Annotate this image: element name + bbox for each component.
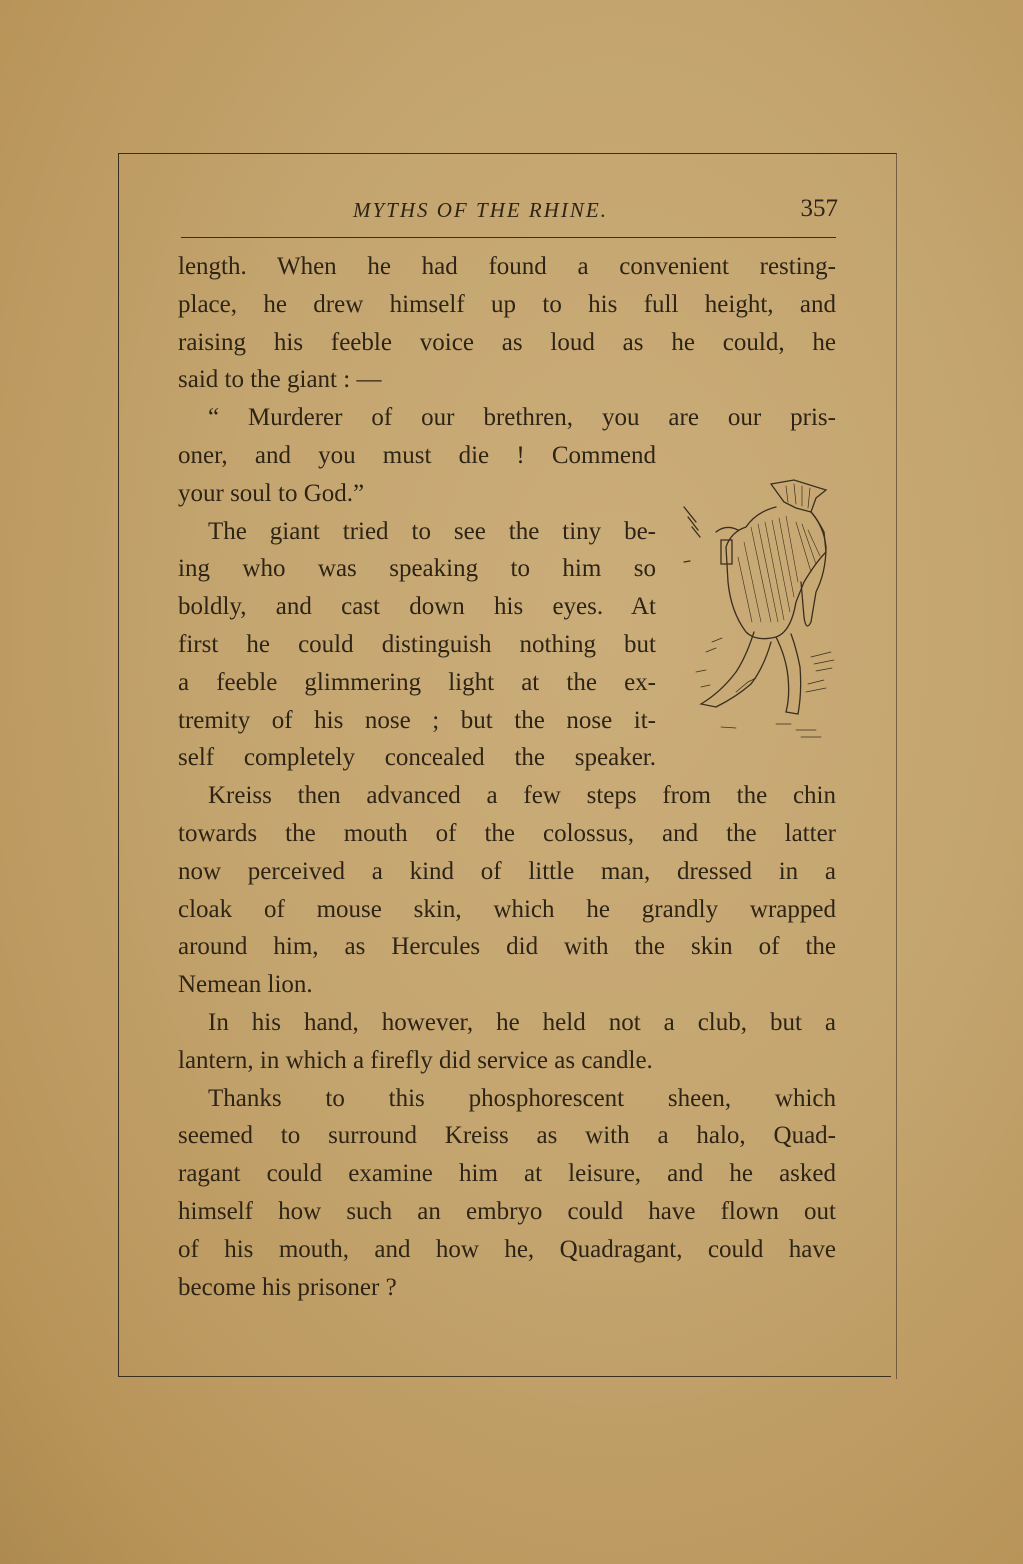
text-line: boldly, and cast down his eyes. At (178, 588, 656, 626)
text-line: lantern, in which a firefly did service … (178, 1042, 836, 1080)
text-line: oner, and you must die ! Commend (178, 437, 656, 475)
text-line: said to the giant : — (178, 361, 836, 399)
frame-left-border (118, 153, 119, 1377)
text-line: become his prisoner ? (178, 1269, 836, 1307)
text-line: length. When he had found a convenient r… (178, 248, 836, 286)
text-line: Kreiss then advanced a few steps from th… (178, 777, 836, 815)
text-line: first he could distinguish nothing but (178, 626, 656, 664)
text-line: himself how such an embryo could have fl… (178, 1193, 836, 1231)
running-title: MYTHS OF THE RHINE. (353, 198, 608, 223)
text-line: towards the mouth of the colossus, and t… (178, 815, 836, 853)
paragraph: Kreiss then advanced a few steps from th… (178, 777, 836, 1004)
text-line: place, he drew himself up to his full he… (178, 286, 836, 324)
paragraph: Thanks to this phosphorescent sheen, whi… (178, 1080, 836, 1307)
text-line: seemed to surround Kreiss as with a halo… (178, 1117, 836, 1155)
header-rule (181, 237, 836, 238)
frame-top-border (119, 153, 897, 154)
text-line: ragant could examine him at leisure, and… (178, 1155, 836, 1193)
text-line: of his mouth, and how he, Quadragant, co… (178, 1231, 836, 1269)
text-line: ing who was speaking to him so (178, 550, 656, 588)
frame-right-border (896, 153, 897, 1379)
text-line: Nemean lion. (178, 966, 836, 1004)
text-line: around him, as Hercules did with the ski… (178, 928, 836, 966)
text-line: self completely concealed the speaker. (178, 739, 656, 777)
text-line: a feeble glimmering light at the ex- (178, 664, 656, 702)
text-line: In his hand, however, he held not a club… (178, 1004, 836, 1042)
text-line: Thanks to this phosphorescent sheen, whi… (178, 1080, 836, 1118)
hooded-figure-illustration (676, 472, 836, 747)
text-line: “ Murderer of our brethren, you are our … (178, 399, 836, 437)
text-line: tremity of his nose ; but the nose it- (178, 702, 656, 740)
text-line: raising his feeble voice as loud as he c… (178, 324, 836, 362)
page-number: 357 (801, 195, 839, 223)
text-line: The giant tried to see the tiny be- (178, 513, 656, 551)
text-line: cloak of mouse skin, which he grandly wr… (178, 891, 836, 929)
running-head: MYTHS OF THE RHINE. 357 (178, 193, 838, 227)
frame-bottom-border (118, 1376, 891, 1377)
text-line: now perceived a kind of little man, dres… (178, 853, 836, 891)
paragraph: length. When he had found a convenient r… (178, 248, 836, 399)
paragraph: In his hand, however, he held not a club… (178, 1004, 836, 1080)
body-text: length. When he had found a convenient r… (178, 248, 836, 1306)
